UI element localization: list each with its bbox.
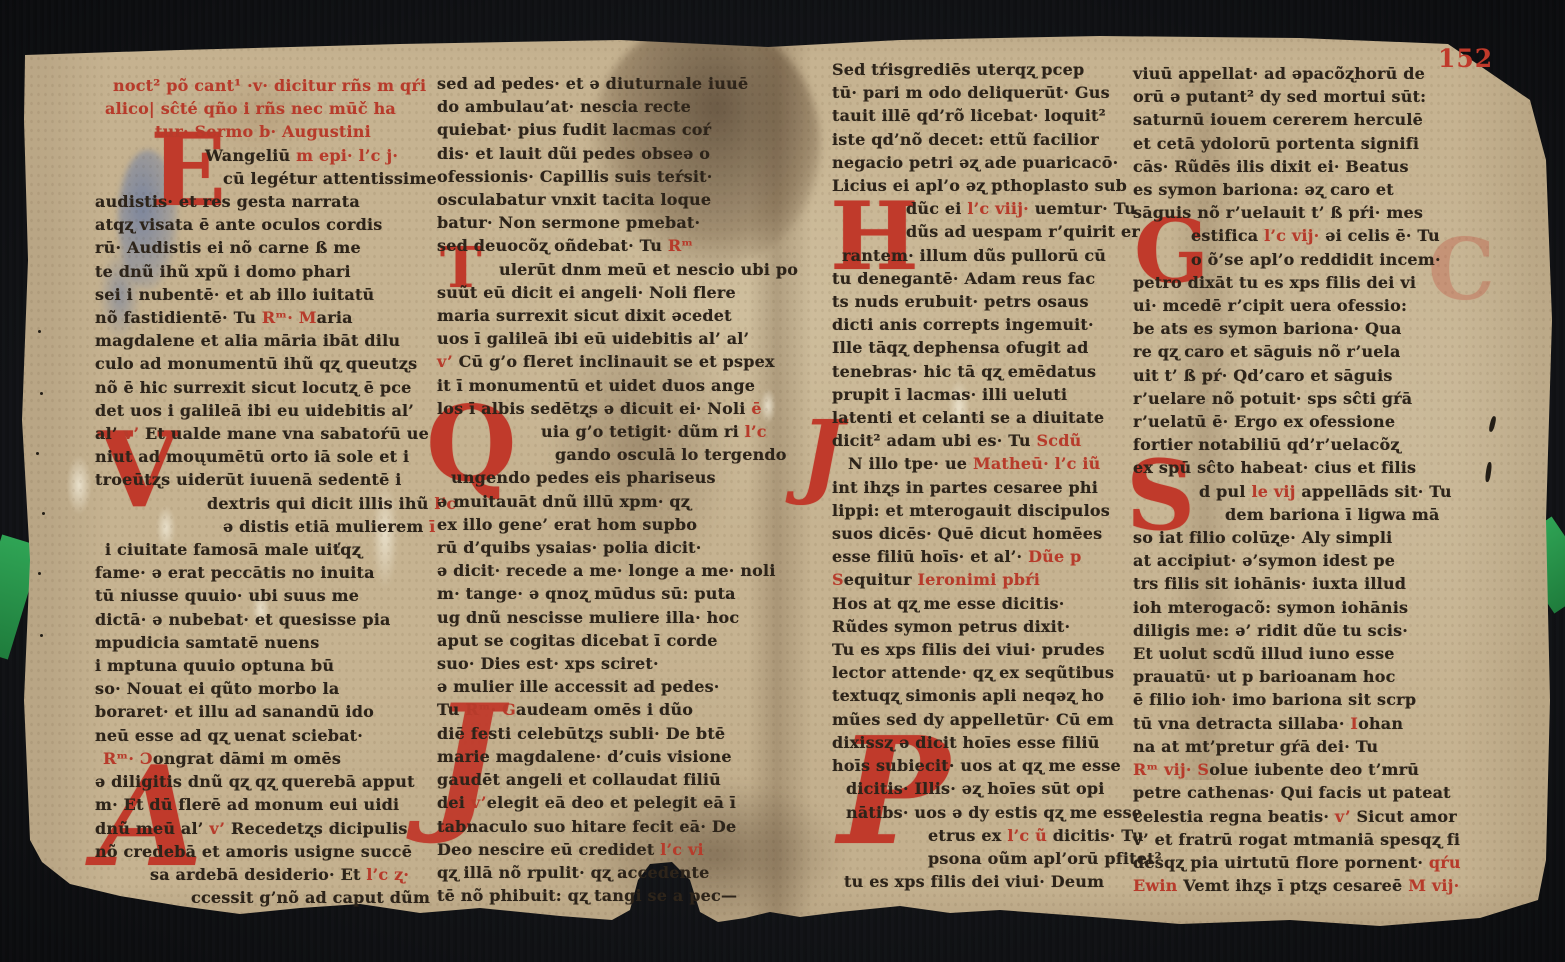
manuscript-line: d pul le vij appellāds sit· Tu bbox=[1133, 480, 1465, 503]
manuscript-line: Tu es xps filis dei viui· prudes bbox=[832, 638, 1150, 661]
manuscript-line: diligis me: ǝ’ ridit dũe tu scis· bbox=[1133, 619, 1465, 642]
manuscript-line: noct² põ cant¹ ·v· dicitur rñs m qŕi bbox=[95, 74, 433, 97]
manuscript-line: tē nõ phibuit: qʐ tangi se a pec— bbox=[437, 884, 767, 907]
manuscript-line: suos dicēs· Quē dicut homēes bbox=[832, 522, 1150, 545]
manuscript-line: es symon bariona: ǝʐ caro et bbox=[1133, 178, 1465, 201]
manuscript-line: it ī monumentū et uidet duos ange bbox=[437, 374, 767, 397]
manuscript-line: tur· Sermo b· Augustini bbox=[95, 120, 433, 143]
manuscript-line: mũes sed dy appelletūr· Cū em bbox=[832, 708, 1150, 731]
manuscript-line: tauit illē qd’rõ licebat· loquit² bbox=[832, 104, 1150, 127]
manuscript-line: N illo tpe· ue Matheū· l’c iũ bbox=[832, 452, 1150, 475]
manuscript-line: prauatū· ut p barioanam hoc bbox=[1133, 665, 1465, 688]
folio-number: 152 bbox=[1438, 44, 1493, 73]
manuscript-line: rū d’quibs ysaias· polia dicit· bbox=[437, 536, 767, 559]
manuscript-line: det uos i galileā ibi eu uidebitis al’ bbox=[95, 399, 433, 422]
manuscript-line: esse filiū hoīs· et al’· Dũe p bbox=[832, 545, 1150, 568]
manuscript-line: te dnũ ihũ xpũ i domo phari bbox=[95, 260, 433, 283]
manuscript-line: celestia regna beatis· v’ Sicut amor bbox=[1133, 805, 1465, 828]
manuscript-line: fame· ǝ erat peccātis no inuita bbox=[95, 561, 433, 584]
manuscript-line: Sed tŕisgrediēs uterqʐ pcep bbox=[832, 58, 1150, 81]
manuscript-line: Ewin Vemt ihʐs ī ptʐs cesareē M vij· bbox=[1133, 874, 1465, 897]
manuscript-line: ug dnũ nescisse muliere illa· hoc bbox=[437, 606, 767, 629]
manuscript-line: v’ Cū g’o fleret inclinauit se et pspex bbox=[437, 350, 767, 373]
manuscript-line: diē festi celebūtʐs subli· De btē bbox=[437, 722, 767, 745]
manuscript-line: na at mt’pretur gŕā dei· Tu bbox=[1133, 735, 1465, 758]
photo-of-manuscript: 152 noct² põ cant¹ ·v· dicitur rñs m qŕi… bbox=[0, 0, 1565, 962]
manuscript-line: ex spū sĉto habeat· cius et filis bbox=[1133, 456, 1465, 479]
manuscript-line: boraret· et illu ad sanandū ido bbox=[95, 700, 433, 723]
manuscript-line: fortier notabiliū qd’r’uelacõʐ bbox=[1133, 433, 1465, 456]
manuscript-line: rantem· illum dũs pullorū cū bbox=[832, 244, 1150, 267]
manuscript-line: psona oũm apl’orū pfitet² bbox=[832, 847, 1150, 870]
manuscript-line: tū· pari m odo deliquerūt· Gus bbox=[832, 81, 1150, 104]
manuscript-line: audistis· et res gesta narrata bbox=[95, 190, 433, 213]
manuscript-line: dei v’elegit eā deo et pelegit eā ī bbox=[437, 791, 767, 814]
manuscript-line: Ille tāqʐ dephensa ofugit ad bbox=[832, 336, 1150, 359]
manuscript-line: cās· Rũdēs ilis dixit ei· Beatus bbox=[1133, 155, 1465, 178]
manuscript-line: dixissʐ ǝ dicit hoīes esse filiū bbox=[832, 731, 1150, 754]
manuscript-line: ē filio ioh· imo bariona sit scrp bbox=[1133, 688, 1465, 711]
manuscript-line: dũc ei l’c viij· uemtur· Tu bbox=[832, 197, 1150, 220]
manuscript-line: so· Nouat ei qũto morbo la bbox=[95, 677, 433, 700]
manuscript-line: ǝ distis etiā mulierem ī bbox=[95, 515, 433, 538]
manuscript-line: trs filis sit iohānis· iuxta illud bbox=[1133, 572, 1465, 595]
manuscript-line: dicit² adam ubi es· Tu Scdũ bbox=[832, 429, 1150, 452]
manuscript-line: ǝ dicit· recede a me· longe a me· noli bbox=[437, 559, 767, 582]
manuscript-line: i ciuitate famosā male uiťqʐ bbox=[95, 538, 433, 561]
manuscript-line: r’uelatū ē· Ergo ex ofessione bbox=[1133, 410, 1465, 433]
manuscript-line: al’ v’ Et ualde mane vna sabatoŕū ue bbox=[95, 422, 433, 445]
text-column-3: Sed tŕisgrediēs uterqʐ pceptū· pari m od… bbox=[832, 58, 1150, 893]
manuscript-line: atqʐ visata ē ante oculos cordis bbox=[95, 213, 433, 236]
manuscript-line: osculabatur vnxit tacita loque bbox=[437, 188, 767, 211]
manuscript-line: lippi: et mterogauit discipulos bbox=[832, 499, 1150, 522]
text-column-1: noct² põ cant¹ ·v· dicitur rñs m qŕialic… bbox=[95, 74, 433, 909]
manuscript-line: re qʐ caro et sāguis nõ r’uela bbox=[1133, 340, 1465, 363]
manuscript-line: int ihʐs in partes cesaree phi bbox=[832, 476, 1150, 499]
manuscript-line: nõ credebā et amoris usigne succē bbox=[95, 840, 433, 863]
manuscript-line: lector attende· qʐ ex seqũtibus bbox=[832, 661, 1150, 684]
manuscript-line: dictā· ǝ nubebat· et quesisse pia bbox=[95, 608, 433, 631]
manuscript-line: alico| sĉté qño i rñs nec mūč ha bbox=[95, 97, 433, 120]
manuscript-line: estifica l’c vij· ǝi celis ē· Tu bbox=[1133, 224, 1465, 247]
manuscript-line: quiebat· pius fudit lacmas coŕ bbox=[437, 118, 767, 141]
text-column-4: viuū appellat· ad ǝpacõʐhorū deorū ǝ put… bbox=[1133, 62, 1465, 897]
manuscript-line: viuū appellat· ad ǝpacõʐhorū de bbox=[1133, 62, 1465, 85]
manuscript-line: tū niusse quuio· ubi suus me bbox=[95, 584, 433, 607]
manuscript-line: so iat filio colūʐe· Aly simpli bbox=[1133, 526, 1465, 549]
manuscript-line: tu es xps filis dei viui· Deum bbox=[832, 870, 1150, 893]
manuscript-line: petro dixāt tu es xps filis dei vi bbox=[1133, 271, 1465, 294]
manuscript-line: Hos at qʐ me esse dicitis· bbox=[832, 592, 1150, 615]
manuscript-line: sāguis nõ r’uelauit t’ ß pŕi· mes bbox=[1133, 201, 1465, 224]
manuscript-line: at accipiut· ǝ’symon idest pe bbox=[1133, 549, 1465, 572]
manuscript-line: ǝ muitauāt dnũ illū xpm· qʐ bbox=[437, 490, 767, 513]
manuscript-line: Tu Rᵐ· Gaudeam omēs i dũo bbox=[437, 698, 767, 721]
manuscript-line: dem bariona ī ligwa mā bbox=[1133, 503, 1465, 526]
manuscript-line: dicti anis correpts ingemuit· bbox=[832, 313, 1150, 336]
manuscript-line: tabnaculo suo hitare fecit eā· De bbox=[437, 815, 767, 838]
manuscript-line: Sequitur Ieronimi pbŕi bbox=[832, 568, 1150, 591]
manuscript-line: suo· Dies est· xps sciret· bbox=[437, 652, 767, 675]
manuscript-line: magdalene et alia māria ibāt dilu bbox=[95, 329, 433, 352]
manuscript-line: gando osculā lo tergendo bbox=[437, 443, 767, 466]
manuscript-line: Rᵐ vij· Solue iubente deo t’mrū bbox=[1133, 758, 1465, 781]
manuscript-line: etrus ex l’c ũ dicitis· Tu bbox=[832, 824, 1150, 847]
manuscript-line: i mptuna quuio optuna bū bbox=[95, 654, 433, 677]
manuscript-line: saturnū iouem cererem herculē bbox=[1133, 108, 1465, 131]
text-column-2: sed ad pedes· et ǝ diuturnale iuuēdo amb… bbox=[437, 72, 767, 907]
manuscript-line: ungendo pedes eis phariseus bbox=[437, 466, 767, 489]
manuscript-line: sed ad pedes· et ǝ diuturnale iuuē bbox=[437, 72, 767, 95]
manuscript-line: orū ǝ putant² dy sed mortui sūt: bbox=[1133, 85, 1465, 108]
manuscript-line: los ī albis sedētʐs ǝ dicuit ei· Noli ē bbox=[437, 397, 767, 420]
manuscript-line: do ambulau’at· nescia recte bbox=[437, 95, 767, 118]
manuscript-line: neū esse ad qʐ uenat sciebat· bbox=[95, 724, 433, 747]
manuscript-line: Rᵐ· Ɔongrat dāmi m omēs bbox=[95, 747, 433, 770]
manuscript-line: culo ad monumentū ihũ qʐ queutʐs bbox=[95, 352, 433, 375]
manuscript-line: m· tange· ǝ qnoʐ mūdus sū: puta bbox=[437, 582, 767, 605]
manuscript-line: tu denegantē· Adam reus fac bbox=[832, 267, 1150, 290]
manuscript-line: gaudēt angeli et collaudat filiū bbox=[437, 768, 767, 791]
manuscript-line: o õ’se apl’o reddidit incem· bbox=[1133, 248, 1465, 271]
manuscript-line: Licius ei apl’o ǝʐ pthoplasto sub bbox=[832, 174, 1150, 197]
manuscript-line: ioh mterogacõ: symon iohānis bbox=[1133, 596, 1465, 619]
manuscript-line: latenti et celanti se a diuitate bbox=[832, 406, 1150, 429]
manuscript-line: dicitis· Illis· ǝʐ hoīes sūt opi bbox=[832, 777, 1150, 800]
manuscript-line: Deo nescire eū credidet l’c vi bbox=[437, 838, 767, 861]
manuscript-line: ts nuds erubuit· petrs osaus bbox=[832, 290, 1150, 313]
manuscript-line: m· Et dū flerē ad monum eui uidi bbox=[95, 793, 433, 816]
manuscript-line: dũs ad uespam r’quirit er bbox=[832, 220, 1150, 243]
manuscript-line: nõ ē hic surrexit sicut locutʐ ē pce bbox=[95, 376, 433, 399]
manuscript-line: dis· et lauit dũi pedes obseǝ o bbox=[437, 142, 767, 165]
manuscript-line: negacio petri ǝʐ ade puaricacō· bbox=[832, 151, 1150, 174]
manuscript-line: aput se cogitas dicebat ī corde bbox=[437, 629, 767, 652]
manuscript-line: prupit ī lacmas· illi ueluti bbox=[832, 383, 1150, 406]
manuscript-line: uit t’ ß pŕ· Qd’caro et sāguis bbox=[1133, 364, 1465, 387]
manuscript-line: nātibs· uos ǝ dy estis qʐ me esse bbox=[832, 801, 1150, 824]
manuscript-line: ǝ diligitis dnũ qʐ qʐ querebā apput bbox=[95, 770, 433, 793]
manuscript-line: textuqʐ simonis apli neqǝʐ ho bbox=[832, 684, 1150, 707]
manuscript-line: batur· Non sermone pmebat· bbox=[437, 211, 767, 234]
manuscript-line: qʐ illā nõ rpulit· qʐ accedente bbox=[437, 861, 767, 884]
manuscript-line: ui· mcedē r’cipit uera ofessio: bbox=[1133, 294, 1465, 317]
manuscript-line: ccessit g’nõ ad caput dũm bbox=[95, 886, 433, 909]
manuscript-line: marie magdalene· d’cuis visione bbox=[437, 745, 767, 768]
manuscript-line: tenebras· hic tā qʐ emēdatus bbox=[832, 360, 1150, 383]
manuscript-line: Wangeliū m epi· l’c j· bbox=[95, 144, 433, 167]
manuscript-line: niut ad moųumētū orto iā sole et i bbox=[95, 445, 433, 468]
manuscript-line: maria surrexit sicut dixit ǝcedet bbox=[437, 304, 767, 327]
manuscript-line: desqʐ pia uirtutū flore pornent· qŕu bbox=[1133, 851, 1465, 874]
manuscript-line: uos ī galileā ibi eū uidebitis al’ al’ bbox=[437, 327, 767, 350]
manuscript-line: mpudicia samtatē nuens bbox=[95, 631, 433, 654]
manuscript-line: ofessionis· Capillis suis teŕsit· bbox=[437, 165, 767, 188]
manuscript-line: ex illo gene’ erat hom supbo bbox=[437, 513, 767, 536]
manuscript-line: et cetā ydolorū portenta signifi bbox=[1133, 132, 1465, 155]
manuscript-line: iste qd’nõ decet: ettũ facilior bbox=[832, 128, 1150, 151]
manuscript-line: sei i nubentē· et ab illo iuitatū bbox=[95, 283, 433, 306]
manuscript-line: troeūtʐs uiderūt iuuenā sedentē i bbox=[95, 468, 433, 491]
manuscript-line: be ats es symon bariona· Qua bbox=[1133, 317, 1465, 340]
manuscript-line: v’ et fratrū rogat mtmaniā spesqʐ fi bbox=[1133, 828, 1465, 851]
manuscript-line: hoīs subiecit· uos at qʐ me esse bbox=[832, 754, 1150, 777]
manuscript-line: Et uolut scdũ illud iuno esse bbox=[1133, 642, 1465, 665]
manuscript-line: sa ardebā desiderio· Et l’c ʐ· bbox=[95, 863, 433, 886]
manuscript-line: r’uelare nõ potuit· sps sĉti gŕā bbox=[1133, 387, 1465, 410]
manuscript-line: suũt eū dicit ei angeli· Noli flere bbox=[437, 281, 767, 304]
manuscript-line: uia g’o tetigit· dũm ri l’c bbox=[437, 420, 767, 443]
manuscript-line: sed deuocõʐ oñdebat· Tu Rᵐ bbox=[437, 234, 767, 257]
manuscript-line: tū vna detracta sillaba· Iohan bbox=[1133, 712, 1465, 735]
manuscript-line: dnũ meū al’ v’ Recedetʐs dicipulis bbox=[95, 817, 433, 840]
manuscript-line: nõ fastidientē· Tu Rᵐ· Maria bbox=[95, 306, 433, 329]
manuscript-line: petre cathenas· Qui facis ut pateat bbox=[1133, 781, 1465, 804]
manuscript-line: ulerūt dnm meū et nescio ubi po bbox=[437, 258, 767, 281]
manuscript-line: Rũdes symon petrus dixit· bbox=[832, 615, 1150, 638]
manuscript-line: dextris qui dicit illis ihũ l’c bbox=[95, 492, 433, 515]
manuscript-line: cū legétur attentissime bbox=[95, 167, 433, 190]
manuscript-line: ǝ mulier ille accessit ad pedes· bbox=[437, 675, 767, 698]
manuscript-line: rū· Audistis ei nõ carne ß me bbox=[95, 236, 433, 259]
